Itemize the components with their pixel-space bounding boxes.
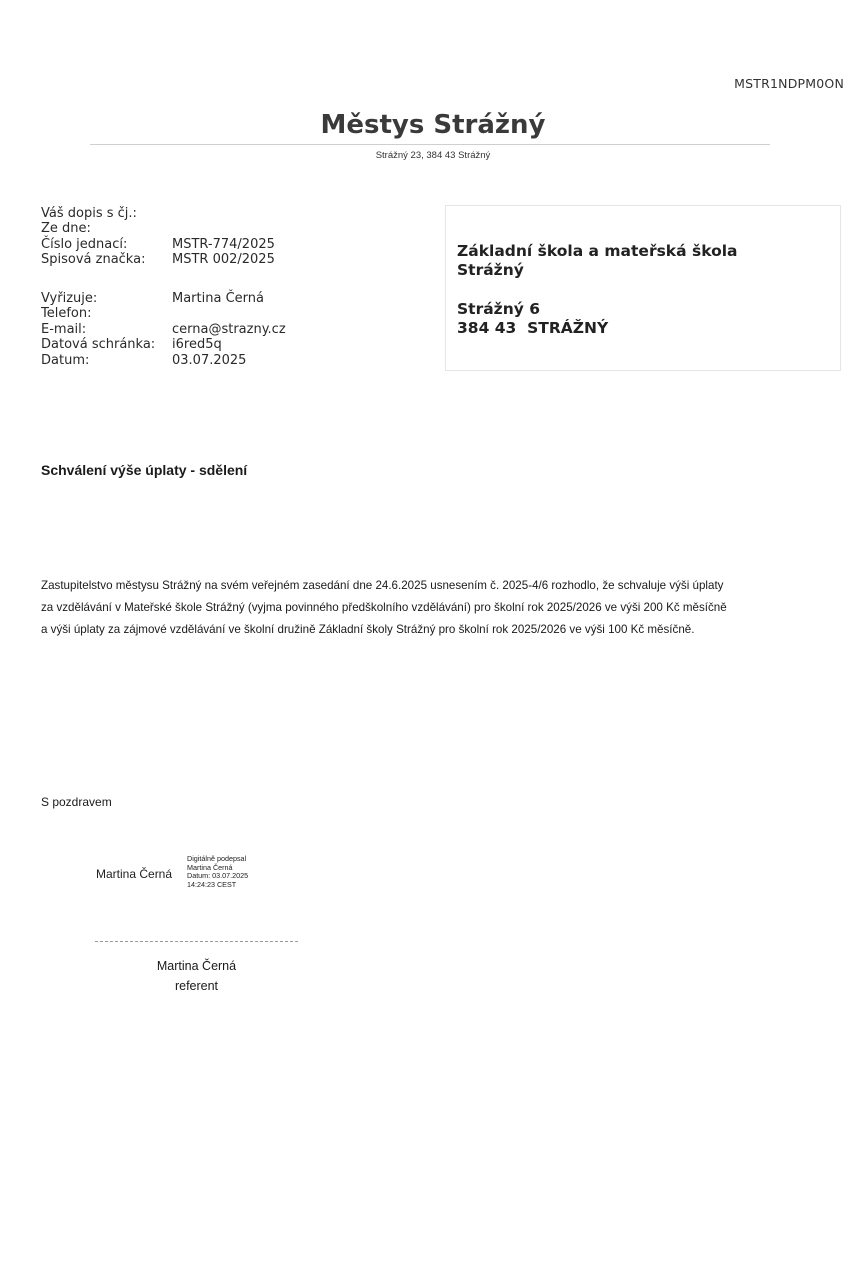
recipient-name-line2: Strážný [457,261,738,280]
meta-label: Spisová značka: [41,252,172,267]
body-line: za vzdělávání v Mateřské škole Strážný (… [41,597,851,619]
page-title: Městys Strážný [0,110,866,140]
meta-label: Vyřizuje: [41,291,172,306]
signer-role: referent [95,976,298,996]
signer-block: Martina Černá referent [95,956,298,996]
meta-row: Ze dne: [41,221,275,236]
meta-row: Telefon: [41,306,286,321]
meta-label: Váš dopis s čj.: [41,206,172,221]
meta-label: E-mail: [41,322,172,337]
meta-row: Datová schránka:i6red5q [41,337,286,352]
letter-body: Zastupitelstvo městysu Strážný na svém v… [41,575,851,641]
meta-row: Spisová značka:MSTR 002/2025 [41,252,275,267]
meta-value: Martina Černá [172,291,264,306]
meta-label: Datum: [41,353,172,368]
meta-row: Datum:03.07.2025 [41,353,286,368]
body-line: Zastupitelstvo městysu Strážný na svém v… [41,575,851,597]
digital-signature-name: Martina Černá [96,867,172,881]
recipient-address-box: Základní škola a mateřská škola Strážný … [445,205,841,371]
body-line: a výši úplaty za zájmové vzdělávání ve š… [41,619,851,641]
recipient-name-line1: Základní škola a mateřská škola [457,242,738,261]
meta-label: Telefon: [41,306,172,321]
meta-value: MSTR 002/2025 [172,252,275,267]
recipient-street: Strážný 6 [457,300,738,319]
meta-row: E-mail:cerna@strazny.cz [41,322,286,337]
greeting: S pozdravem [41,795,112,809]
meta-label: Ze dne: [41,221,172,236]
meta-value: cerna@strazny.cz [172,322,286,337]
meta-value: MSTR-774/2025 [172,237,275,252]
meta-label: Datová schránka: [41,337,172,352]
signature-line [95,941,298,942]
meta-row: Váš dopis s čj.: [41,206,275,221]
recipient-city: 384 43 STRÁŽNÝ [457,319,738,338]
sender-address: Strážný 23, 384 43 Strážný [0,150,866,161]
meta-value: i6red5q [172,337,222,352]
letter-subject: Schválení výše úplaty - sdělení [41,462,247,478]
meta-row: Vyřizuje:Martina Černá [41,291,286,306]
signer-name: Martina Černá [95,956,298,976]
meta-row: Číslo jednací:MSTR-774/2025 [41,237,275,252]
header-divider [90,144,770,145]
meta-value: 03.07.2025 [172,353,246,368]
contact-block: Vyřizuje:Martina Černá Telefon: E-mail:c… [41,291,286,368]
meta-label: Číslo jednací: [41,237,172,252]
digital-signature-details: Digitálně podepsal Martina Černá Datum: … [187,855,248,889]
signature-detail-line: 14:24:23 CEST [187,881,248,890]
reference-block: Váš dopis s čj.: Ze dne: Číslo jednací:M… [41,206,275,268]
document-id: MSTR1NDPM0ON [734,76,844,91]
